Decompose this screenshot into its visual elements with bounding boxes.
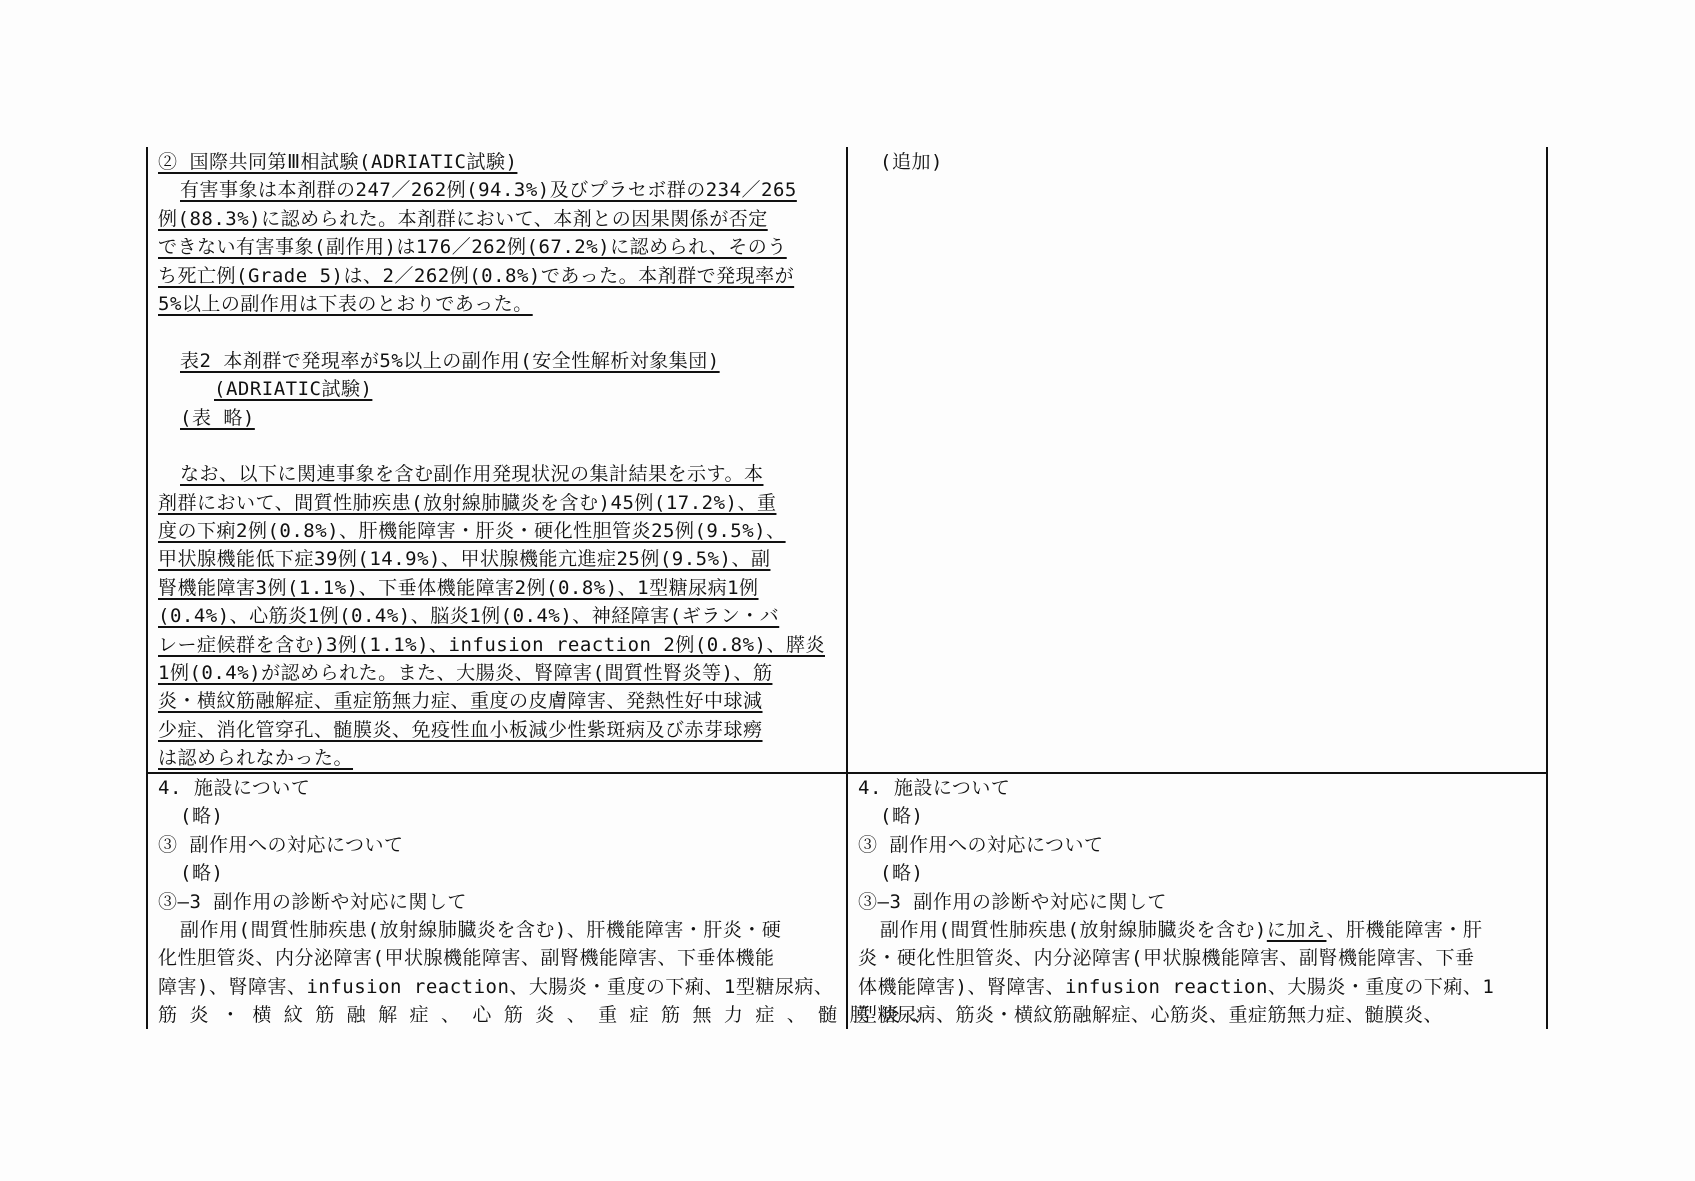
column-divider [846, 147, 848, 1029]
sub-subheading: ③—3 副作用の診断や対応に関して [158, 888, 840, 916]
paragraph-line: 剤群において、間質性肺疾患(放射線肺臓炎を含む)45例(17.2%)、重 [158, 492, 776, 514]
paragraph-line: できない有害事象(副作用)は176／262例(67.2%)に認められ、そのう [158, 236, 787, 258]
facilities-heading: 4. 施設について [858, 774, 1540, 802]
paragraph-line: 有害事象は本剤群の247／262例(94.3%)及びプラセボ群の234／265 [180, 179, 797, 201]
paragraph-line: 5%以上の副作用は下表のとおりであった。 [158, 293, 533, 315]
paragraph-line: ち死亡例(Grade 5)は、2／262例(0.8%)であった。本剤群で発現率が [158, 265, 794, 287]
paragraph-line: は認められなかった。 [158, 747, 353, 769]
body-line: 副作用(間質性肺疾患(放射線肺臓炎を含む)に加え、肝機能障害・肝 [858, 916, 1540, 944]
omitted-note: (略) [858, 859, 1540, 887]
added-phrase: に加え [1267, 919, 1327, 941]
body-text: 、肝機能障害・肝 [1326, 919, 1482, 941]
paragraph-line: 腎機能障害3例(1.1%)、下垂体機能障害2例(0.8%)、1型糖尿病1例 [158, 577, 759, 599]
sub-subheading: ③—3 副作用の診断や対応に関して [858, 888, 1540, 916]
body-line: 障害)、腎障害、infusion reaction、大腸炎・重度の下痢、1型糖尿… [158, 973, 840, 1001]
omitted-note: (略) [158, 802, 840, 830]
paragraph-line: (0.4%)、心筋炎1例(0.4%)、脳炎1例(0.4%)、神経障害(ギラン・バ [158, 605, 779, 627]
body-line: 副作用(間質性肺疾患(放射線肺臓炎を含む)、肝機能障害・肝炎・硬 [158, 916, 840, 944]
section-title: ② 国際共同第Ⅲ相試験(ADRIATIC試験) [158, 151, 517, 173]
added-note: (追加) [858, 148, 1540, 176]
subheading: ③ 副作用への対応について [158, 831, 840, 859]
paragraph-line: 甲状腺機能低下症39例(14.9%)、甲状腺機能亢進症25例(9.5%)、副 [158, 548, 770, 570]
subheading: ③ 副作用への対応について [858, 831, 1540, 859]
omitted-note: (略) [858, 802, 1540, 830]
facilities-heading: 4. 施設について [158, 774, 840, 802]
paragraph-line: 炎・横紋筋融解症、重症筋無力症、重度の皮膚障害、発熱性好中球減 [158, 690, 763, 712]
current-adriatic-section: (追加) [858, 148, 1540, 176]
paragraph-line: レー症候群を含む)3例(1.1%)、infusion reaction 2例(0… [158, 634, 825, 656]
paragraph-line: 例(88.3%)に認められた。本剤群において、本剤との因果関係が否定 [158, 208, 768, 230]
body-line: 化性胆管炎、内分泌障害(甲状腺機能障害、副腎機能障害、下垂体機能 [158, 944, 840, 972]
paragraph-line: なお、以下に関連事象を含む副作用発現状況の集計結果を示す。本 [180, 463, 763, 485]
revised-adriatic-section: ② 国際共同第Ⅲ相試験(ADRIATIC試験) 有害事象は本剤群の247／262… [158, 148, 840, 773]
current-facilities-section: 4. 施設について (略) ③ 副作用への対応について (略) ③—3 副作用の… [858, 774, 1540, 1030]
omitted-note: (略) [158, 859, 840, 887]
table-caption-sub: (ADRIATIC試験) [214, 378, 372, 400]
body-line: 筋 炎 ・ 横 紋 筋 融 解 症 、 心 筋 炎 、 重 症 筋 無 力 症 … [158, 1001, 840, 1029]
body-line: 炎・硬化性胆管炎、内分泌障害(甲状腺機能障害、副腎機能障害、下垂 [858, 944, 1540, 972]
revised-facilities-section: 4. 施設について (略) ③ 副作用への対応について (略) ③—3 副作用の… [158, 774, 840, 1030]
body-line: 体機能障害)、腎障害、infusion reaction、大腸炎・重度の下痢、1 [858, 973, 1540, 1001]
table-omitted-note: (表 略) [180, 407, 255, 429]
paragraph-line: 少症、消化管穿孔、髄膜炎、免疫性血小板減少性紫斑病及び赤芽球癆 [158, 719, 763, 741]
body-line: 型糖尿病、筋炎・横紋筋融解症、心筋炎、重症筋無力症、髄膜炎、 [858, 1001, 1540, 1029]
body-text: 副作用(間質性肺疾患(放射線肺臓炎を含む) [880, 919, 1267, 941]
paragraph-line: 度の下痢2例(0.8%)、肝機能障害・肝炎・硬化性胆管炎25例(9.5%)、 [158, 520, 786, 542]
table-caption: 表2 本剤群で発現率が5%以上の副作用(安全性解析対象集団) [180, 350, 720, 372]
paragraph-line: 1例(0.4%)が認められた。また、大腸炎、腎障害(間質性腎炎等)、筋 [158, 662, 772, 684]
